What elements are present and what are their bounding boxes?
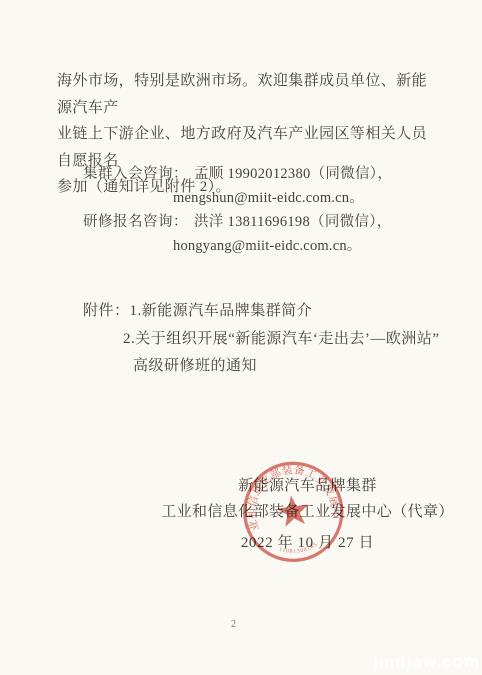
signature-date: 2022 年 10 月 27 日	[160, 531, 455, 557]
contact-label: 集群入会咨询：	[83, 162, 188, 186]
contact-person-phone: 孟顺 19902012380（同微信），	[194, 162, 392, 186]
page-number: 2	[231, 619, 237, 630]
signature-org-line1: 新能源汽车品牌集群	[160, 474, 455, 500]
contact-label: 研修报名咨询：	[83, 210, 188, 234]
attachment-item-1: 1.新能源汽车品牌集群简介	[130, 298, 313, 326]
contact-email: mengshun@miit-eidc.com.cn。	[83, 186, 392, 210]
attachment-item-2: 2.关于组织开展“新能源汽车‘走出去’—欧洲站”	[83, 326, 440, 354]
contact-block: 集群入会咨询： 孟顺 19902012380（同微信）， mengshun@mi…	[83, 162, 392, 258]
contact-person-phone: 洪洋 13811696198（同微信），	[194, 210, 392, 234]
signature-org-line2: 工业和信息化部装备工业发展中心（代章）	[160, 500, 455, 526]
paragraph-line: 海外市场，特别是欧洲市场。欢迎集群成员单位、新能源汽车产	[57, 68, 427, 121]
attachment-block: 附件： 1.新能源汽车品牌集群简介 2.关于组织开展“新能源汽车‘走出去’—欧洲…	[83, 298, 440, 381]
document-page: 海外市场，特别是欧洲市场。欢迎集群成员单位、新能源汽车产 业链上下游企业、地方政…	[0, 0, 482, 675]
attachment-row: 附件： 1.新能源汽车品牌集群简介	[83, 298, 440, 326]
signature-block: 新能源汽车品牌集群 工业和信息化部装备工业发展中心（代章） 2022 年 10 …	[160, 474, 455, 557]
contact-row: 研修报名咨询： 洪洋 13811696198（同微信），	[83, 210, 392, 234]
attachment-label: 附件：	[83, 298, 130, 326]
contact-row: 集群入会咨询： 孟顺 19902012380（同微信），	[83, 162, 392, 186]
attachment-item-2-continued: 高级研修班的通知	[83, 353, 440, 381]
contact-email: hongyang@miit-eidc.com.cn。	[83, 234, 392, 258]
watermark: jmdjaw.com	[373, 652, 480, 672]
